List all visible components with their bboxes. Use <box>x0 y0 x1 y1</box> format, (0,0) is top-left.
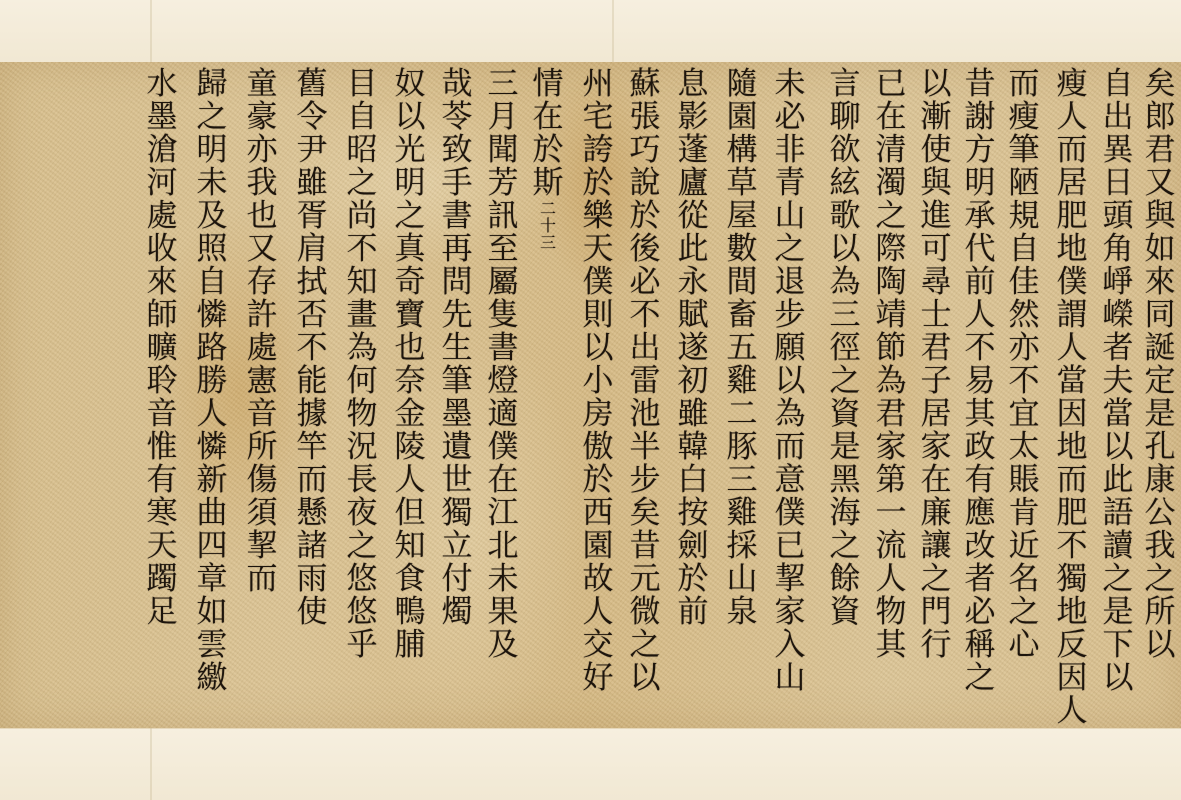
calligraphy-character: 人 <box>1052 695 1092 728</box>
calligraphy-character: 畜 <box>722 299 762 332</box>
calligraphy-character: 歌 <box>825 200 865 233</box>
calligraphy-character: 同 <box>1140 299 1180 332</box>
calligraphy-character: 自 <box>1004 233 1044 266</box>
calligraphy-character: 公 <box>1140 497 1180 530</box>
calligraphy-character: 不 <box>960 332 1000 365</box>
calligraphy-character: 為 <box>871 365 911 398</box>
calligraphy-character: 挈 <box>770 563 810 596</box>
calligraphy-character: 山 <box>722 563 762 596</box>
calligraphy-character: 金 <box>390 398 430 431</box>
calligraphy-character: 近 <box>1004 530 1044 563</box>
calligraphy-character: 巧 <box>625 134 665 167</box>
calligraphy-character: 資 <box>825 398 865 431</box>
calligraphy-character: 君 <box>871 398 911 431</box>
calligraphy-character: 音 <box>242 398 282 431</box>
calligraphy-character: 是 <box>825 431 865 464</box>
calligraphy-character: 出 <box>1098 101 1138 134</box>
calligraphy-character: 我 <box>242 167 282 200</box>
calligraphy-character: 收 <box>142 233 182 266</box>
calligraphy-character: 從 <box>673 200 713 233</box>
calligraphy-character: 也 <box>242 200 282 233</box>
calligraphy-character: 代 <box>960 233 1000 266</box>
calligraphy-character: 人 <box>871 563 911 596</box>
calligraphy-column: 情在於斯二十三 <box>526 68 570 251</box>
calligraphy-character: 筆 <box>437 365 477 398</box>
calligraphy-character: 然 <box>1004 299 1044 332</box>
calligraphy-character: 使 <box>916 134 956 167</box>
calligraphy-character: 元 <box>625 563 665 596</box>
calligraphy-character: 雲 <box>192 629 232 662</box>
calligraphy-character: 拭 <box>292 266 332 299</box>
calligraphy-character: 之 <box>1140 563 1180 596</box>
calligraphy-character: 蓬 <box>673 134 713 167</box>
calligraphy-character: 已 <box>871 68 911 101</box>
calligraphy-character: 流 <box>871 530 911 563</box>
calligraphy-character: 不 <box>342 233 382 266</box>
calligraphy-character: 池 <box>625 398 665 431</box>
calligraphy-character: 與 <box>916 167 956 200</box>
calligraphy-character: 餘 <box>825 563 865 596</box>
calligraphy-column: 三月聞芳訊至屬隻書燈適僕在江北未果及 <box>481 68 525 662</box>
calligraphy-column: 息影蓬廬從此永賦遂初雖韓白按劍於前 <box>671 68 715 629</box>
calligraphy-character: 小 <box>578 365 618 398</box>
calligraphy-character: 宜 <box>1004 398 1044 431</box>
calligraphy-character: 傲 <box>578 431 618 464</box>
calligraphy-character: 奇 <box>390 266 430 299</box>
calligraphy-character: 悠 <box>342 596 382 629</box>
calligraphy-character: 如 <box>192 596 232 629</box>
calligraphy-character: 師 <box>142 299 182 332</box>
calligraphy-character: 在 <box>871 101 911 134</box>
calligraphy-character: 出 <box>625 332 665 365</box>
calligraphy-character: 則 <box>578 299 618 332</box>
calligraphy-character: 之 <box>1004 596 1044 629</box>
calligraphy-character: 舊 <box>292 68 332 101</box>
calligraphy-character: 不 <box>292 332 332 365</box>
calligraphy-character: 世 <box>437 464 477 497</box>
calligraphy-character: 易 <box>960 365 1000 398</box>
calligraphy-character: 何 <box>342 365 382 398</box>
calligraphy-character: 僕 <box>483 431 523 464</box>
calligraphy-character: 君 <box>1140 134 1180 167</box>
calligraphy-character: 昭 <box>342 134 382 167</box>
calligraphy-character: 之 <box>390 200 430 233</box>
calligraphy-column: 奴以光明之真奇寶也奈金陵人但知食鴨脯 <box>388 68 432 662</box>
calligraphy-character: 鴨 <box>390 596 430 629</box>
calligraphy-character: 使 <box>292 596 332 629</box>
calligraphy-character: 初 <box>673 365 713 398</box>
calligraphy-character: 而 <box>292 464 332 497</box>
calligraphy-character: 入 <box>770 629 810 662</box>
calligraphy-character: 定 <box>1140 365 1180 398</box>
calligraphy-character: 於 <box>578 167 618 200</box>
calligraphy-character: 勝 <box>192 365 232 398</box>
calligraphy-character: 江 <box>483 497 523 530</box>
calligraphy-character: 在 <box>483 464 523 497</box>
calligraphy-character: 之 <box>871 200 911 233</box>
calligraphy-character: 微 <box>625 596 665 629</box>
calligraphy-character: 令 <box>292 101 332 134</box>
calligraphy-character: 又 <box>242 233 282 266</box>
calligraphy-character: 能 <box>292 365 332 398</box>
calligraphy-character: 河 <box>142 167 182 200</box>
calligraphy-character: 人 <box>960 299 1000 332</box>
calligraphy-character: 應 <box>960 497 1000 530</box>
calligraphy-character: 天 <box>142 530 182 563</box>
calligraphy-character: 路 <box>192 332 232 365</box>
calligraphy-character: 自 <box>342 101 382 134</box>
calligraphy-character: 否 <box>292 299 332 332</box>
calligraphy-character: 絃 <box>825 167 865 200</box>
calligraphy-character: 居 <box>1052 167 1092 200</box>
calligraphy-character: 聊 <box>825 101 865 134</box>
calligraphy-column: 隨園構草屋數間畜五雞二豚三雞採山泉 <box>720 68 764 629</box>
calligraphy-character: 憐 <box>192 299 232 332</box>
calligraphy-character: 遂 <box>673 332 713 365</box>
calligraphy-character: 地 <box>1052 596 1092 629</box>
bottom-mounting-paper <box>0 728 1181 800</box>
calligraphy-character: 有 <box>960 464 1000 497</box>
calligraphy-character: 士 <box>916 299 956 332</box>
calligraphy-character: 語 <box>1098 497 1138 530</box>
calligraphy-character: 苓 <box>437 101 477 134</box>
calligraphy-character: 息 <box>673 68 713 101</box>
calligraphy-character: 脯 <box>390 629 430 662</box>
calligraphy-character: 許 <box>242 299 282 332</box>
calligraphy-column: 自出異日頭角崢嶸者夫當以此語讀之是下以 <box>1096 68 1140 695</box>
calligraphy-character: 已 <box>770 530 810 563</box>
calligraphy-character: 者 <box>960 563 1000 596</box>
calligraphy-character: 再 <box>437 233 477 266</box>
calligraphy-character: 畫 <box>342 299 382 332</box>
calligraphy-character: 雷 <box>625 365 665 398</box>
calligraphy-character: 寒 <box>142 497 182 530</box>
calligraphy-character: 諸 <box>292 530 332 563</box>
calligraphy-character: 門 <box>916 596 956 629</box>
calligraphy-character: 必 <box>770 101 810 134</box>
calligraphy-character: 雖 <box>673 398 713 431</box>
calligraphy-character: 謝 <box>960 101 1000 134</box>
calligraphy-character: 處 <box>242 332 282 365</box>
calligraphy-character: 資 <box>825 596 865 629</box>
calligraphy-character: 僕 <box>578 266 618 299</box>
calligraphy-character: 隨 <box>722 68 762 101</box>
calligraphy-character: 問 <box>437 266 477 299</box>
calligraphy-character: 自 <box>192 266 232 299</box>
calligraphy-character: 宅 <box>578 101 618 134</box>
calligraphy-column: 昔謝方明承代前人不易其政有應改者必稱之 <box>958 68 1002 695</box>
calligraphy-character: 墨 <box>142 101 182 134</box>
calligraphy-character: 陋 <box>1004 167 1044 200</box>
calligraphy-character: 北 <box>483 530 523 563</box>
calligraphy-character: 因 <box>1052 398 1092 431</box>
calligraphy-character: 目 <box>342 68 382 101</box>
calligraphy-character: 於 <box>578 464 618 497</box>
calligraphy-character: 明 <box>960 167 1000 200</box>
calligraphy-character: 四 <box>192 530 232 563</box>
calligraphy-character: 必 <box>960 596 1000 629</box>
calligraphy-character: 肯 <box>1004 497 1044 530</box>
calligraphy-character: 賦 <box>673 299 713 332</box>
calligraphy-character: 於 <box>673 563 713 596</box>
calligraphy-character: 而 <box>1052 464 1092 497</box>
calligraphy-column: 以漸使與進可尋士君子居家在廉讓之門行 <box>914 68 958 662</box>
calligraphy-character: 遺 <box>437 431 477 464</box>
calligraphy-column: 哉苓致手書再問先生筆墨遺世獨立付燭 <box>435 68 479 629</box>
calligraphy-character: 以 <box>1098 431 1138 464</box>
calligraphy-character: 懸 <box>292 497 332 530</box>
calligraphy-character: 未 <box>192 167 232 200</box>
calligraphy-character: 漸 <box>916 101 956 134</box>
calligraphy-character: 此 <box>1098 464 1138 497</box>
calligraphy-character: 憐 <box>192 431 232 464</box>
calligraphy-character: 以 <box>916 68 956 101</box>
calligraphy-character: 草 <box>722 167 762 200</box>
calligraphy-character: 步 <box>770 299 810 332</box>
calligraphy-character: 照 <box>192 233 232 266</box>
calligraphy-character: 奈 <box>390 365 430 398</box>
calligraphy-character: 隻 <box>483 299 523 332</box>
calligraphy-character: 故 <box>578 563 618 596</box>
calligraphy-character: 手 <box>437 167 477 200</box>
calligraphy-character: 為 <box>770 398 810 431</box>
calligraphy-character: 之 <box>960 662 1000 695</box>
calligraphy-character: 異 <box>1098 134 1138 167</box>
calligraphy-character: 也 <box>390 332 430 365</box>
calligraphy-character: 劍 <box>673 530 713 563</box>
calligraphy-character: 未 <box>770 68 810 101</box>
calligraphy-column: 瘦人而居肥地僕謂人當因地而肥不獨地反因人 <box>1050 68 1094 728</box>
calligraphy-character: 因 <box>1052 662 1092 695</box>
calligraphy-character: 以 <box>625 662 665 695</box>
calligraphy-character: 數 <box>722 233 762 266</box>
calligraphy-character: 樂 <box>578 200 618 233</box>
calligraphy-character: 肩 <box>292 233 332 266</box>
calligraphy-character: 之 <box>825 530 865 563</box>
calligraphy-character: 讀 <box>1098 530 1138 563</box>
calligraphy-character: 來 <box>1140 266 1180 299</box>
annotation-character: 十 <box>538 217 558 234</box>
calligraphy-character: 願 <box>770 332 810 365</box>
calligraphy-column: 未必非青山之退步願以為而意僕已挈家入山 <box>768 68 812 695</box>
calligraphy-character: 交 <box>578 629 618 662</box>
annotation-character: 三 <box>538 234 558 251</box>
calligraphy-character: 當 <box>1052 365 1092 398</box>
calligraphy-character: 前 <box>960 266 1000 299</box>
calligraphy-character: 說 <box>625 167 665 200</box>
calligraphy-character: 筆 <box>1004 134 1044 167</box>
calligraphy-character: 陵 <box>390 431 430 464</box>
calligraphy-column: 童豪亦我也又存許處憲音所傷須挈而 <box>240 68 284 596</box>
calligraphy-character: 墨 <box>437 398 477 431</box>
calligraphy-character: 構 <box>722 134 762 167</box>
calligraphy-character: 來 <box>142 266 182 299</box>
calligraphy-character: 永 <box>673 266 713 299</box>
calligraphy-character: 前 <box>673 596 713 629</box>
calligraphy-character: 矣 <box>625 497 665 530</box>
calligraphy-character: 瘦 <box>1004 101 1044 134</box>
calligraphy-character: 悠 <box>342 563 382 596</box>
calligraphy-character: 夫 <box>1098 365 1138 398</box>
calligraphy-character: 人 <box>390 464 430 497</box>
calligraphy-character: 屋 <box>722 200 762 233</box>
calligraphy-character: 繳 <box>192 662 232 695</box>
calligraphy-character: 地 <box>1052 233 1092 266</box>
calligraphy-character: 而 <box>770 431 810 464</box>
calligraphy-character: 尹 <box>292 134 332 167</box>
calligraphy-character: 書 <box>437 200 477 233</box>
calligraphy-character: 人 <box>1052 332 1092 365</box>
calligraphy-character: 之 <box>825 365 865 398</box>
calligraphy-character: 明 <box>390 167 430 200</box>
calligraphy-character: 第 <box>871 464 911 497</box>
calligraphy-character: 惟 <box>142 431 182 464</box>
calligraphy-character: 知 <box>390 530 430 563</box>
calligraphy-character: 以 <box>390 101 430 134</box>
calligraphy-character: 山 <box>770 200 810 233</box>
calligraphy-character: 及 <box>192 200 232 233</box>
calligraphy-character: 傷 <box>242 464 282 497</box>
calligraphy-character: 人 <box>578 596 618 629</box>
calligraphy-character: 人 <box>1052 101 1092 134</box>
calligraphy-character: 進 <box>916 200 956 233</box>
calligraphy-character: 為 <box>342 332 382 365</box>
calligraphy-character: 誕 <box>1140 332 1180 365</box>
calligraphy-character: 所 <box>1140 596 1180 629</box>
calligraphy-character: 知 <box>342 266 382 299</box>
calligraphy-character: 廬 <box>673 167 713 200</box>
calligraphy-character: 君 <box>916 332 956 365</box>
calligraphy-character: 方 <box>960 134 1000 167</box>
calligraphy-character: 天 <box>578 233 618 266</box>
calligraphy-character: 肥 <box>1052 497 1092 530</box>
calligraphy-character: 嶸 <box>1098 299 1138 332</box>
calligraphy-character: 所 <box>242 431 282 464</box>
calligraphy-character: 之 <box>192 101 232 134</box>
calligraphy-character: 聆 <box>142 365 182 398</box>
calligraphy-character: 頭 <box>1098 200 1138 233</box>
calligraphy-character: 明 <box>192 134 232 167</box>
calligraphy-character: 步 <box>625 464 665 497</box>
calligraphy-character: 規 <box>1004 200 1044 233</box>
calligraphy-character: 有 <box>142 464 182 497</box>
calligraphy-character: 之 <box>916 563 956 596</box>
calligraphy-character: 承 <box>960 200 1000 233</box>
calligraphy-character: 海 <box>825 497 865 530</box>
calligraphy-character: 當 <box>1098 398 1138 431</box>
calligraphy-character: 滄 <box>142 134 182 167</box>
calligraphy-character: 豚 <box>722 431 762 464</box>
calligraphy-character: 其 <box>871 629 911 662</box>
calligraphy-character: 誇 <box>578 134 618 167</box>
calligraphy-character: 佳 <box>1004 266 1044 299</box>
calligraphy-character: 廉 <box>916 497 956 530</box>
calligraphy-character: 歸 <box>192 68 232 101</box>
calligraphy-character: 採 <box>722 530 762 563</box>
calligraphy-character: 與 <box>1140 200 1180 233</box>
calligraphy-character: 而 <box>1052 134 1092 167</box>
calligraphy-character: 書 <box>483 332 523 365</box>
calligraphy-character: 屬 <box>483 266 523 299</box>
calligraphy-character: 奴 <box>390 68 430 101</box>
calligraphy-character: 園 <box>578 530 618 563</box>
calligraphy-character: 此 <box>673 233 713 266</box>
calligraphy-character: 及 <box>483 629 523 662</box>
calligraphy-character: 適 <box>483 398 523 431</box>
calligraphy-character: 影 <box>673 101 713 134</box>
calligraphy-column: 目自昭之尚不知畫為何物況長夜之悠悠乎 <box>340 68 384 662</box>
calligraphy-character: 聞 <box>483 134 523 167</box>
calligraphy-character: 挈 <box>242 530 282 563</box>
calligraphy-character: 三 <box>722 464 762 497</box>
calligraphy-character: 處 <box>142 200 182 233</box>
calligraphy-character: 寶 <box>390 299 430 332</box>
calligraphy-character: 一 <box>871 497 911 530</box>
calligraphy-character: 下 <box>1098 629 1138 662</box>
calligraphy-character: 月 <box>483 101 523 134</box>
calligraphy-character: 太 <box>1004 431 1044 464</box>
calligraphy-character: 夜 <box>342 497 382 530</box>
calligraphy-character: 韓 <box>673 431 713 464</box>
calligraphy-character: 真 <box>390 233 430 266</box>
calligraphy-character: 西 <box>578 497 618 530</box>
calligraphy-character: 躅 <box>142 563 182 596</box>
calligraphy-character: 靖 <box>871 299 911 332</box>
calligraphy-character: 付 <box>437 563 477 596</box>
calligraphy-character: 可 <box>916 233 956 266</box>
calligraphy-character: 按 <box>673 497 713 530</box>
calligraphy-character: 足 <box>142 596 182 629</box>
calligraphy-column: 矣郎君又與如來同誕定是孔康公我之所以 <box>1138 68 1181 662</box>
calligraphy-character: 家 <box>871 431 911 464</box>
calligraphy-character: 乎 <box>342 629 382 662</box>
calligraphy-character: 半 <box>625 431 665 464</box>
calligraphy-character: 必 <box>625 266 665 299</box>
calligraphy-character: 房 <box>578 398 618 431</box>
calligraphy-character: 豪 <box>242 101 282 134</box>
calligraphy-character: 心 <box>1004 629 1044 662</box>
calligraphy-character: 是 <box>1140 398 1180 431</box>
calligraphy-character: 長 <box>342 464 382 497</box>
calligraphy-character: 昔 <box>625 530 665 563</box>
calligraphy-character: 燭 <box>437 596 477 629</box>
calligraphy-character: 獨 <box>1052 563 1092 596</box>
calligraphy-character: 好 <box>578 662 618 695</box>
calligraphy-character: 以 <box>1140 629 1180 662</box>
calligraphy-character: 間 <box>722 266 762 299</box>
calligraphy-column: 已在清濁之際陶靖節為君家第一流人物其 <box>869 68 913 662</box>
calligraphy-character: 際 <box>871 233 911 266</box>
calligraphy-character: 至 <box>483 233 523 266</box>
calligraphy-character: 自 <box>1098 68 1138 101</box>
calligraphy-character: 僕 <box>770 497 810 530</box>
calligraphy-character: 之 <box>1098 563 1138 596</box>
calligraphy-character: 意 <box>770 464 810 497</box>
calligraphy-character: 章 <box>192 563 232 596</box>
calligraphy-character: 情 <box>528 68 568 101</box>
calligraphy-character: 芳 <box>483 167 523 200</box>
calligraphy-character: 家 <box>916 431 956 464</box>
calligraphy-character: 蘇 <box>625 68 665 101</box>
calligraphy-character: 胥 <box>292 200 332 233</box>
calligraphy-character: 僕 <box>1052 266 1092 299</box>
calligraphy-character: 物 <box>342 398 382 431</box>
calligraphy-character: 以 <box>1098 662 1138 695</box>
calligraphy-character: 黑 <box>825 464 865 497</box>
top-mounting-paper <box>0 0 1181 63</box>
calligraphy-character: 青 <box>770 167 810 200</box>
calligraphy-column: 水墨滄河處收來師曠聆音惟有寒天躅足 <box>140 68 184 629</box>
